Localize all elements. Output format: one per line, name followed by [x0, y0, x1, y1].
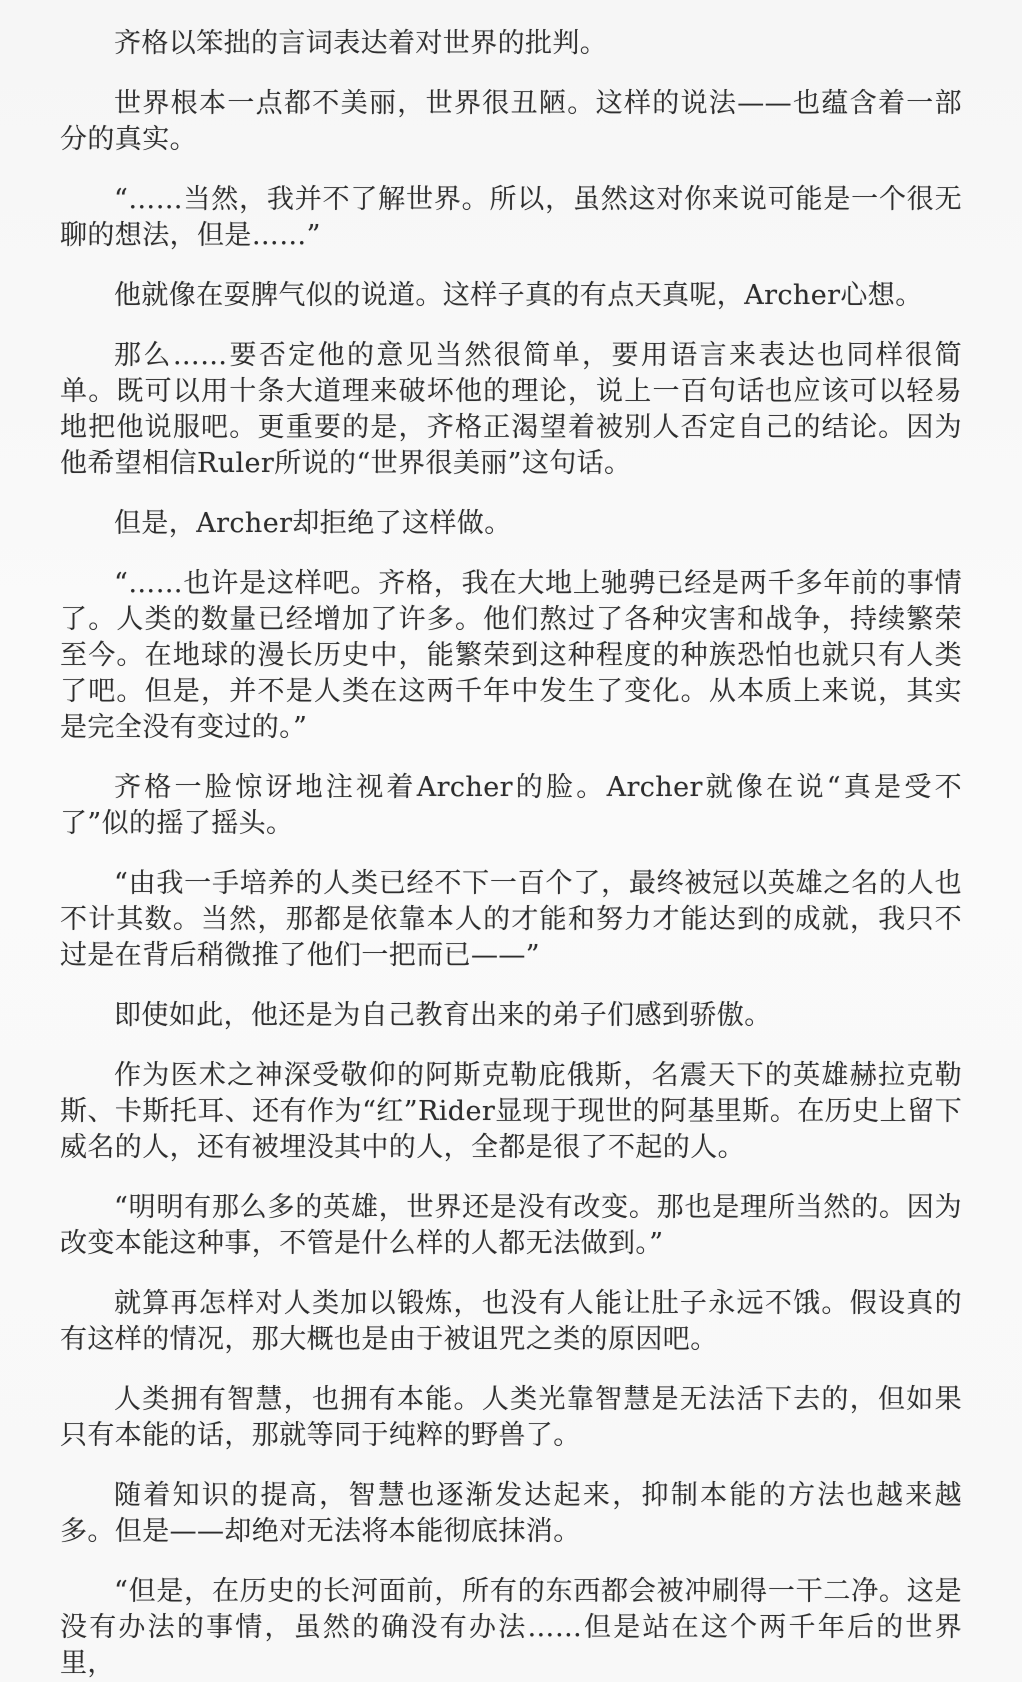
- paragraph: 齐格以笨拙的言词表达着对世界的批判。: [60, 26, 962, 62]
- paragraph: 随着知识的提高，智慧也逐渐发达起来，抑制本能的方法也越来越多。但是——却绝对无法…: [60, 1478, 962, 1550]
- paragraph: 人类拥有智慧，也拥有本能。人类光靠智慧是无法活下去的，但如果只有本能的话，那就等…: [60, 1382, 962, 1454]
- paragraph: 他就像在耍脾气似的说道。这样子真的有点天真呢，Archer心想。: [60, 278, 962, 314]
- paragraph: “但是，在历史的长河面前，所有的东西都会被冲刷得一干二净。这是没有办法的事情，虽…: [60, 1574, 962, 1682]
- novel-page: 齐格以笨拙的言词表达着对世界的批判。 世界根本一点都不美丽，世界很丑陋。这样的说…: [0, 0, 1022, 1682]
- paragraph: 作为医术之神深受敬仰的阿斯克勒庇俄斯，名震天下的英雄赫拉克勒斯、卡斯托耳、还有作…: [60, 1058, 962, 1166]
- paragraph: 齐格一脸惊讶地注视着Archer的脸。Archer就像在说“真是受不了”似的摇了…: [60, 770, 962, 842]
- paragraph: 即使如此，他还是为自己教育出来的弟子们感到骄傲。: [60, 998, 962, 1034]
- paragraph: “明明有那么多的英雄，世界还是没有改变。那也是理所当然的。因为改变本能这种事，不…: [60, 1190, 962, 1262]
- paragraph: 就算再怎样对人类加以锻炼，也没有人能让肚子永远不饿。假设真的有这样的情况，那大概…: [60, 1286, 962, 1358]
- paragraph: “……也许是这样吧。齐格，我在大地上驰骋已经是两千多年前的事情了。人类的数量已经…: [60, 566, 962, 746]
- paragraph: “由我一手培养的人类已经不下一百个了，最终被冠以英雄之名的人也不计其数。当然，那…: [60, 866, 962, 974]
- paragraph: 但是，Archer却拒绝了这样做。: [60, 506, 962, 542]
- paragraph: 那么……要否定他的意见当然很简单，要用语言来表达也同样很简单。既可以用十条大道理…: [60, 338, 962, 482]
- paragraph: 世界根本一点都不美丽，世界很丑陋。这样的说法——也蕴含着一部分的真实。: [60, 86, 962, 158]
- paragraph: “……当然，我并不了解世界。所以，虽然这对你来说可能是一个很无聊的想法，但是………: [60, 182, 962, 254]
